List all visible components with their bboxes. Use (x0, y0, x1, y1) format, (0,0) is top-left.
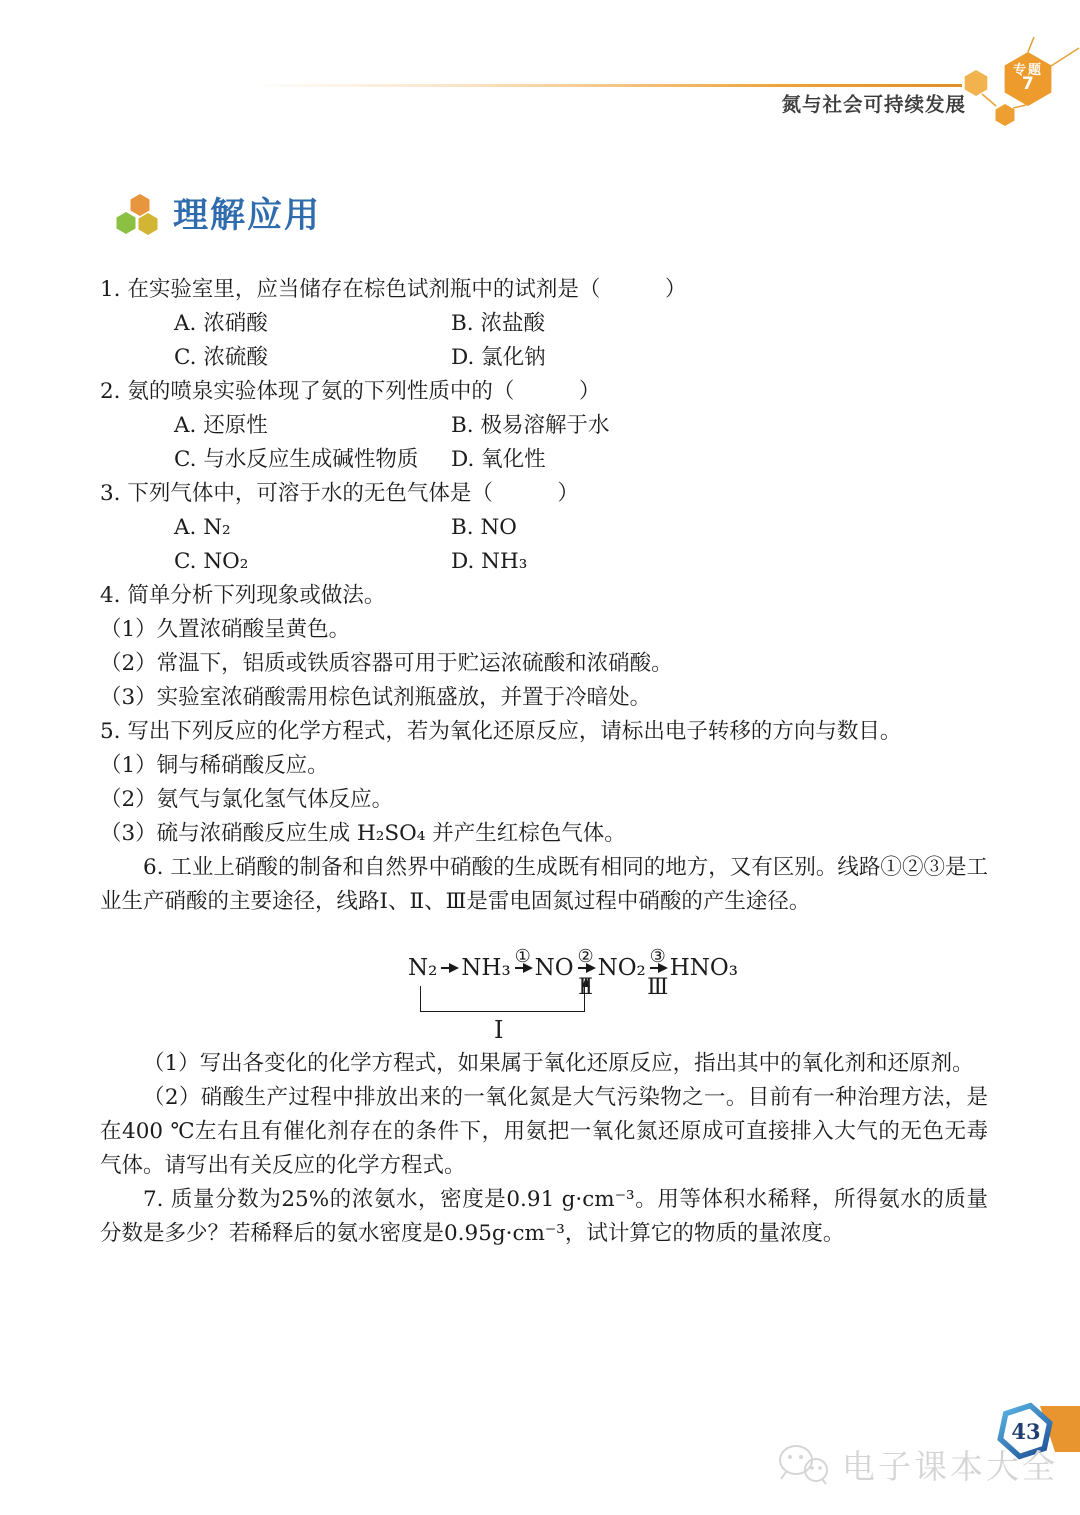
question-1: 1. 在实验室里，应当储存在棕色试剂瓶中的试剂是（ ） A. 浓硝酸 B. 浓盐… (100, 273, 988, 375)
question-5-item-1: （1）铜与稀硝酸反应。 (100, 749, 988, 783)
question-2: 2. 氨的喷泉实验体现了氨的下列性质中的（ ） A. 还原性 B. 极易溶解于水… (100, 375, 988, 477)
wechat-icon (776, 1442, 832, 1488)
reaction-pathway-diagram: N₂ NH₃ ① NO ②Ⅱ NO₂ ③Ⅲ HNO₃ Ⅰ (408, 925, 738, 1043)
arrow-icon (441, 967, 457, 969)
question-4-item-1: （1）久置浓硝酸呈黄色。 (100, 613, 988, 647)
option-b: B. 极易溶解于水 (451, 409, 988, 443)
species-nh3: NH₃ (461, 953, 510, 983)
option-b: B. 浓盐酸 (451, 307, 988, 341)
option-a: A. N₂ (174, 511, 451, 545)
question-3: 3. 下列气体中，可溶于水的无色气体是（ ） A. N₂ B. NO C. NO… (100, 477, 988, 579)
badge-number: 7 (1022, 74, 1034, 94)
question-1-options: A. 浓硝酸 B. 浓盐酸 C. 浓硫酸 D. 氯化钠 (174, 307, 988, 375)
option-a: A. 浓硝酸 (174, 307, 451, 341)
arrow-step-1-icon: ① (515, 967, 531, 969)
arrow-step-2-icon: ②Ⅱ (578, 967, 594, 969)
option-d: D. 氧化性 (451, 443, 988, 477)
species-no2: NO₂ (598, 953, 646, 983)
section-hexagon-icon (113, 193, 163, 239)
header-divider-line (252, 84, 962, 87)
hexagon-cluster-icon (930, 36, 1080, 158)
question-2-options: A. 还原性 B. 极易溶解于水 C. 与水反应生成碱性物质 D. 氧化性 (174, 409, 988, 477)
species-no: NO (535, 953, 574, 983)
route-1-path (420, 986, 585, 1012)
question-5: 5. 写出下列反应的化学方程式，若为氧化还原反应，请标出电子转移的方向与数目。 … (100, 715, 988, 851)
textbook-page: 氮与社会可持续发展 专题 7 理解应用 1. 在实验室里，应当储存在棕色试剂瓶中… (0, 0, 1080, 1515)
up-arrowhead-icon (582, 977, 590, 987)
chapter-badge: 专题 7 (930, 36, 1080, 158)
option-c: C. 浓硫酸 (174, 341, 451, 375)
question-4-item-2: （2）常温下，铝质或铁质容器可用于贮运浓硫酸和浓硝酸。 (100, 647, 988, 681)
option-d: D. NH₃ (451, 545, 988, 579)
watermark: 电子课本大全 (776, 1441, 1058, 1488)
section-header: 理解应用 (113, 193, 321, 239)
question-7-stem: 7. 质量分数为25%的浓氨水，密度是0.91 g·cm⁻³。用等体积水稀释，所… (100, 1183, 988, 1251)
arrowhead-icon (449, 963, 459, 973)
question-7: 7. 质量分数为25%的浓氨水，密度是0.91 g·cm⁻³。用等体积水稀释，所… (100, 1183, 988, 1251)
question-4-item-3: （3）实验室浓硝酸需用棕色试剂瓶盛放，并置于冷暗处。 (100, 681, 988, 715)
question-5-item-3: （3）硫与浓硝酸反应生成 H₂SO₄ 并产生红棕色气体。 (100, 817, 988, 851)
section-title: 理解应用 (173, 193, 321, 239)
question-4-stem: 4. 简单分析下列现象或做法。 (100, 579, 988, 613)
route-1-label: Ⅰ (494, 1013, 503, 1047)
option-c: C. NO₂ (174, 545, 451, 579)
question-6: 6. 工业上硝酸的制备和自然界中硝酸的生成既有相同的地方，又有区别。线路①②③是… (100, 851, 988, 1183)
arrowhead-icon (523, 963, 533, 973)
reaction-chain: N₂ NH₃ ① NO ②Ⅱ NO₂ ③Ⅲ HNO₃ (408, 925, 738, 983)
arrow-step-3-icon: ③Ⅲ (650, 967, 666, 969)
question-5-stem: 5. 写出下列反应的化学方程式，若为氧化还原反应，请标出电子转移的方向与数目。 (100, 715, 988, 749)
route-3-label: Ⅲ (647, 971, 668, 1005)
question-3-options: A. N₂ B. NO C. NO₂ D. NH₃ (174, 511, 988, 579)
watermark-text: 电子课本大全 (842, 1441, 1058, 1488)
question-4: 4. 简单分析下列现象或做法。 （1）久置浓硝酸呈黄色。 （2）常温下，铝质或铁… (100, 579, 988, 715)
species-n2: N₂ (408, 953, 437, 983)
option-b: B. NO (451, 511, 988, 545)
question-6-stem: 6. 工业上硝酸的制备和自然界中硝酸的生成既有相同的地方，又有区别。线路①②③是… (100, 851, 988, 919)
species-hno3: HNO₃ (670, 953, 738, 983)
question-3-stem: 3. 下列气体中，可溶于水的无色气体是（ ） (100, 477, 988, 511)
option-c: C. 与水反应生成碱性物质 (174, 443, 451, 477)
question-1-stem: 1. 在实验室里，应当储存在棕色试剂瓶中的试剂是（ ） (100, 273, 988, 307)
question-2-stem: 2. 氨的喷泉实验体现了氨的下列性质中的（ ） (100, 375, 988, 409)
question-6-item-2: （2）硝酸生产过程中排放出来的一氧化氮是大气污染物之一。目前有一种治理方法，是在… (100, 1081, 988, 1183)
option-d: D. 氯化钠 (451, 341, 988, 375)
question-5-item-2: （2）氨气与氯化氢气体反应。 (100, 783, 988, 817)
exercise-list: 1. 在实验室里，应当储存在棕色试剂瓶中的试剂是（ ） A. 浓硝酸 B. 浓盐… (100, 273, 988, 1251)
option-a: A. 还原性 (174, 409, 451, 443)
question-6-item-1: （1）写出各变化的化学方程式，如果属于氧化还原反应，指出其中的氧化剂和还原剂。 (100, 1047, 988, 1081)
